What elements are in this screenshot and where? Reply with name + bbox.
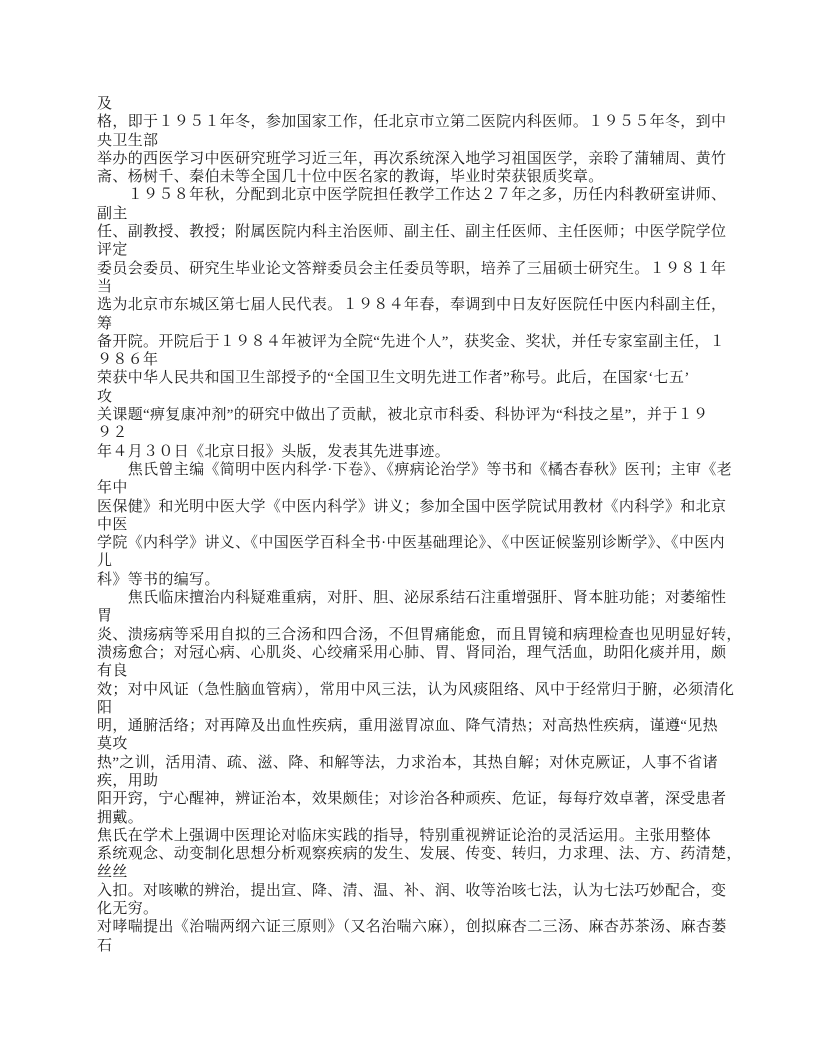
text-line: 评定 — [97, 241, 745, 259]
text-line: 有良 — [97, 662, 745, 680]
text-line: 阳 — [97, 699, 745, 717]
text-line: 儿 — [97, 552, 745, 570]
text-line: 炎、溃疡病等采用自拟的三合汤和四合汤，不但胃痛能愈，而且胃镜和病理检查也见明显好… — [97, 626, 745, 644]
text-line: 疾，用助 — [97, 772, 745, 790]
text-line: 攻 — [97, 388, 745, 406]
text-line: 任、副教授、教授；附属医院内科主治医师、副主任、副主任医师、主任医师；中医学院学… — [97, 223, 745, 241]
document-text: 及格，即于１９５１年冬，参加国家工作，任北京市立第二医院内科医师。１９５５年冬，… — [97, 95, 745, 955]
text-line: 化无穷。 — [97, 900, 745, 918]
text-line: 副主 — [97, 205, 745, 223]
text-line: ９８６年 — [97, 351, 745, 369]
text-line: 斋、杨树千、秦伯未等全国几十位中医名家的教诲，毕业时荣获银质奖章。 — [97, 168, 745, 186]
text-line: 医保健》和光明中医大学《中医内科学》讲义；参加全国中医学院试用教材《内科学》和北… — [97, 498, 745, 516]
text-line: 系统观念、动变制化思想分析观察疾病的发生、发展、传变、转归，力求理、法、方、药清… — [97, 845, 745, 863]
text-line: １９５８年秋，分配到北京中医学院担任教学工作达２７年之多，历任内科教研室讲师、 — [97, 186, 745, 204]
text-line: 焦氏曾主编《简明中医内科学·下卷》、《痹病论治学》等书和《橘杏春秋》医刊；主审《… — [97, 461, 745, 479]
text-line: 阳开窍，宁心醒神，辨证治本，效果颇佳；对诊治各种顽疾、危证，每每疗效卓著，深受患… — [97, 790, 745, 808]
text-line: 年４月３０日《北京日报》头版，发表其先进事迹。 — [97, 443, 745, 461]
text-line: 石 — [97, 937, 745, 955]
text-line: 备开院。开院后于１９８４年被评为全院“先进个人”，获奖金、奖状，并任专家室副主任… — [97, 333, 745, 351]
text-line: 筹 — [97, 315, 745, 333]
text-line: 当 — [97, 278, 745, 296]
document-page: 及格，即于１９５１年冬，参加国家工作，任北京市立第二医院内科医师。１９５５年冬，… — [0, 0, 816, 1056]
text-line: 关课题“痹复康冲剂”的研究中做出了贡献，被北京市科委、科协评为“科技之星”，并于… — [97, 406, 745, 424]
text-line: 明，通腑活络；对再障及出血性疾病，重用滋胃凉血、降气清热；对高热性疾病，谨遵“见… — [97, 717, 745, 735]
text-line: 年中 — [97, 479, 745, 497]
text-line: 学院《内科学》讲义、《中国医学百科全书·中医基础理论》、《中医证候鉴别诊断学》、… — [97, 534, 745, 552]
text-line: 中医 — [97, 516, 745, 534]
text-line: 丝丝 — [97, 863, 745, 881]
text-line: 拥戴。 — [97, 809, 745, 827]
text-line: 入扣。对咳嗽的辨治，提出宣、降、清、温、补、润、收等治咳七法，认为七法巧妙配合，… — [97, 882, 745, 900]
text-line: 焦氏临床擅治内科疑难重病，对肝、胆、泌尿系结石注重增强肝、肾本脏功能；对萎缩性 — [97, 589, 745, 607]
text-line: 及 — [97, 95, 745, 113]
text-line: 对哮喘提出《治喘两纲六证三原则》（又名治喘六麻），创拟麻杏二三汤、麻杏苏茶汤、麻… — [97, 918, 745, 936]
text-line: 焦氏在学术上强调中医理论对临床实践的指导，特别重视辨证论治的灵活运用。主张用整体 — [97, 827, 745, 845]
text-line: 荣获中华人民共和国卫生部授予的“全国卫生文明先进工作者”称号。此后，在国家‘七五… — [97, 369, 745, 387]
text-line: 科》等书的编写。 — [97, 571, 745, 589]
text-line: 莫攻 — [97, 735, 745, 753]
text-line: 胃 — [97, 607, 745, 625]
text-line: 溃疡愈合；对冠心病、心肌炎、心绞痛采用心肺、胃、肾同治，理气活血，助阳化痰并用，… — [97, 644, 745, 662]
text-line: 央卫生部 — [97, 132, 745, 150]
text-line: 格，即于１９５１年冬，参加国家工作，任北京市立第二医院内科医师。１９５５年冬，到… — [97, 113, 745, 131]
text-line: 选为北京市东城区第七届人民代表。１９８４年春，奉调到中日友好医院任中医内科副主任… — [97, 296, 745, 314]
text-line: ９２ — [97, 424, 745, 442]
text-line: 委员会委员、研究生毕业论文答辩委员会主任委员等职，培养了三届硕士研究生。１９８１… — [97, 260, 745, 278]
text-line: 热”之训，活用清、疏、滋、降、和解等法，力求治本，其热自解；对休克厥证，人事不省… — [97, 754, 745, 772]
text-line: 举办的西医学习中医研究班学习近三年，再次系统深入地学习祖国医学，亲聆了蒲辅周、黄… — [97, 150, 745, 168]
text-line: 效；对中风证（急性脑血管病），常用中风三法，认为风痰阻络、风中于经常归于腑，必须… — [97, 681, 745, 699]
